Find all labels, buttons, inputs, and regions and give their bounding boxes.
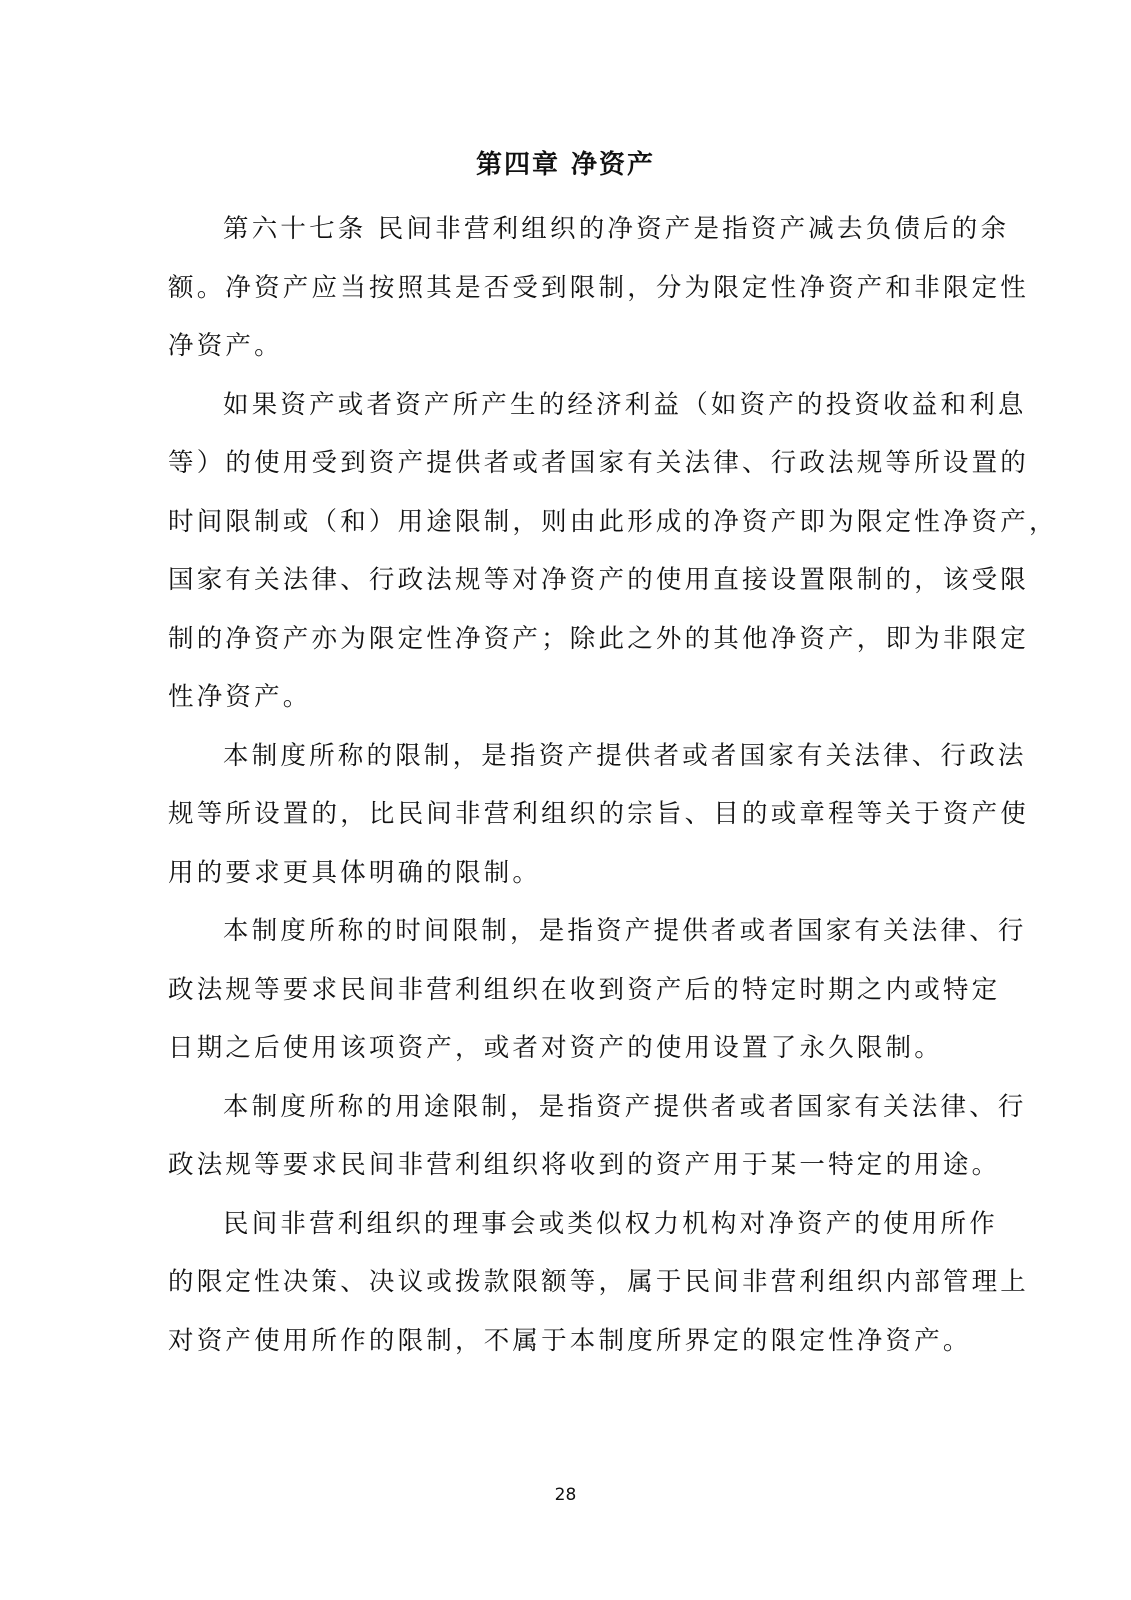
page-number: 28 xyxy=(0,1485,1131,1505)
paragraph-time-restriction: 本制度所称的时间限制，是指资产提供者或者国家有关法律、行 政法规等要求民间非营利… xyxy=(168,902,948,1078)
paragraph-restriction-meaning: 本制度所称的限制，是指资产提供者或者国家有关法律、行政法 规等所设置的，比民间非… xyxy=(168,727,948,903)
text-line: 本制度所称的时间限制，是指资产提供者或者国家有关法律、行 xyxy=(168,902,948,961)
document-page: 第四章 净资产 第六十七条 民间非营利组织的净资产是指资产减去负债后的余 额。净… xyxy=(0,0,1131,1600)
text-line: 净资产。 xyxy=(168,317,948,376)
paragraph-restricted-definition: 如果资产或者资产所产生的经济利益（如资产的投资收益和利息 等）的使用受到资产提供… xyxy=(168,376,948,727)
text-line: 政法规等要求民间非营利组织在收到资产后的特定时期之内或特定 xyxy=(168,961,948,1020)
text-line: 的限定性决策、决议或拨款限额等，属于民间非营利组织内部管理上 xyxy=(168,1253,948,1312)
text-line: 本制度所称的限制，是指资产提供者或者国家有关法律、行政法 xyxy=(168,727,948,786)
chapter-title: 第四章 净资产 xyxy=(0,145,1131,185)
text-line: 用的要求更具体明确的限制。 xyxy=(168,844,948,903)
text-line: 规等所设置的，比民间非营利组织的宗旨、目的或章程等关于资产使 xyxy=(168,785,948,844)
paragraph-internal-restriction: 民间非营利组织的理事会或类似权力机构对净资产的使用所作 的限定性决策、决议或拨款… xyxy=(168,1195,948,1371)
text-line: 制的净资产亦为限定性净资产；除此之外的其他净资产，即为非限定 xyxy=(168,610,948,669)
paragraph-article-67: 第六十七条 民间非营利组织的净资产是指资产减去负债后的余 额。净资产应当按照其是… xyxy=(168,200,948,376)
text-line: 日期之后使用该项资产，或者对资产的使用设置了永久限制。 xyxy=(168,1019,948,1078)
text-line: 政法规等要求民间非营利组织将收到的资产用于某一特定的用途。 xyxy=(168,1136,948,1195)
text-line: 第六十七条 民间非营利组织的净资产是指资产减去负债后的余 xyxy=(168,200,948,259)
paragraph-purpose-restriction: 本制度所称的用途限制，是指资产提供者或者国家有关法律、行 政法规等要求民间非营利… xyxy=(168,1078,948,1195)
text-line: 对资产使用所作的限制，不属于本制度所界定的限定性净资产。 xyxy=(168,1312,948,1371)
text-line: 国家有关法律、行政法规等对净资产的使用直接设置限制的，该受限 xyxy=(168,551,948,610)
text-line: 时间限制或（和）用途限制，则由此形成的净资产即为限定性净资产， xyxy=(168,493,948,552)
body-text: 第六十七条 民间非营利组织的净资产是指资产减去负债后的余 额。净资产应当按照其是… xyxy=(168,200,948,1370)
text-line: 如果资产或者资产所产生的经济利益（如资产的投资收益和利息 xyxy=(168,376,948,435)
text-line: 性净资产。 xyxy=(168,668,948,727)
text-line: 等）的使用受到资产提供者或者国家有关法律、行政法规等所设置的 xyxy=(168,434,948,493)
text-line: 额。净资产应当按照其是否受到限制，分为限定性净资产和非限定性 xyxy=(168,259,948,318)
text-line: 本制度所称的用途限制，是指资产提供者或者国家有关法律、行 xyxy=(168,1078,948,1137)
text-line: 民间非营利组织的理事会或类似权力机构对净资产的使用所作 xyxy=(168,1195,948,1254)
